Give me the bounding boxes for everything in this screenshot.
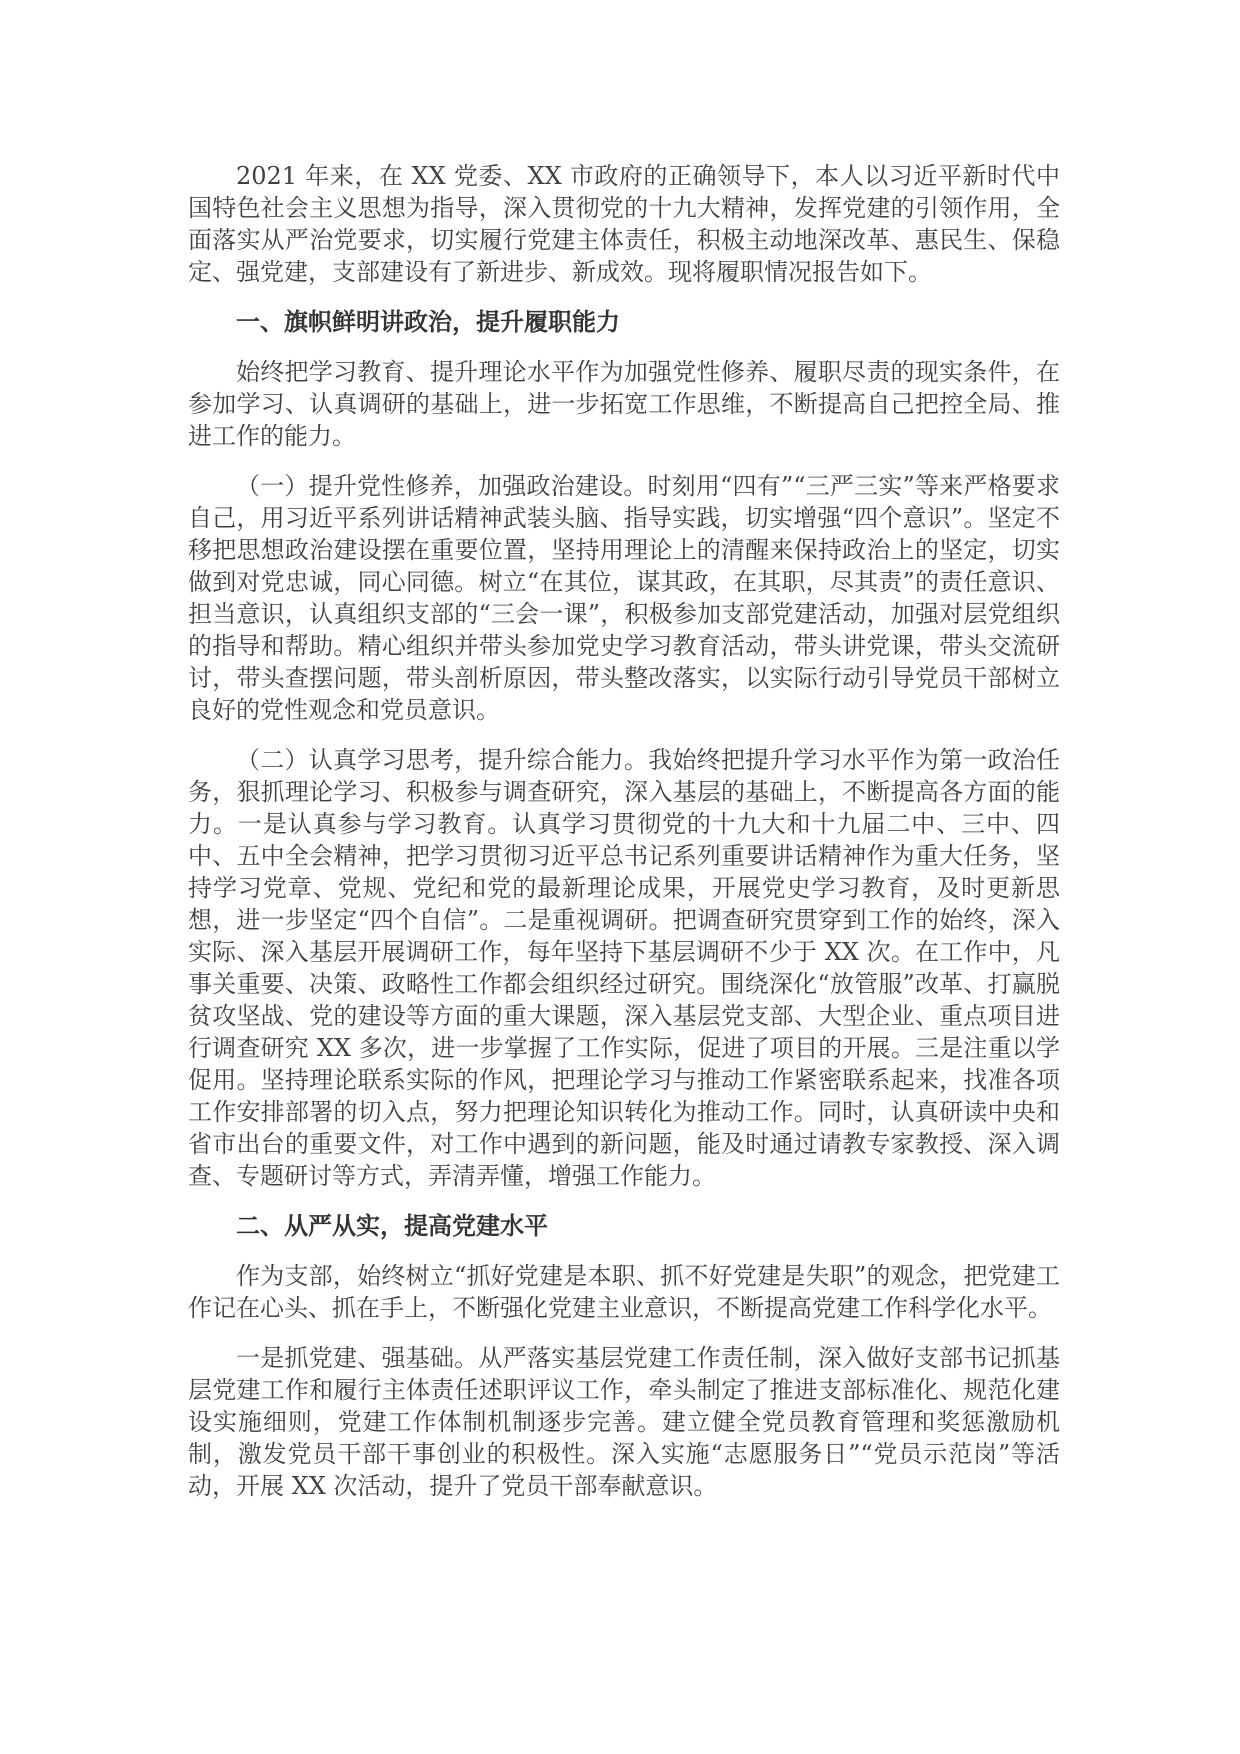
document-body: 2021 年来，在 XX 党委、XX 市政府的正确领导下，本人以习近平新时代中国…: [188, 160, 1060, 1502]
paragraph-section2-lead: 作为支部，始终树立“抓好党建是本职、抓不好党建是失职”的观念，把党建工作记在心头…: [188, 1260, 1060, 1324]
paragraph-section2-item1: 一是抓党建、强基础。从严落实基层党建工作责任制，深入做好支部书记抓基层党建工作和…: [188, 1342, 1060, 1502]
paragraph-section1-item2: （二）认真学习思考，提升综合能力。我始终把提升学习水平作为第一政治任务，狠抓理论…: [188, 744, 1060, 1192]
paragraph-section1-lead: 始终把学习教育、提升理论水平作为加强党性修养、履职尽责的现实条件，在参加学习、认…: [188, 356, 1060, 452]
paragraph-intro: 2021 年来，在 XX 党委、XX 市政府的正确领导下，本人以习近平新时代中国…: [188, 160, 1060, 288]
document-page: 2021 年来，在 XX 党委、XX 市政府的正确领导下，本人以习近平新时代中国…: [0, 0, 1240, 1754]
heading-section-2: 二、从严从实，提高党建水平: [188, 1210, 1060, 1242]
paragraph-section1-item1: （一）提升党性修养，加强政治建设。时刻用“四有”“三严三实”等来严格要求自己，用…: [188, 470, 1060, 726]
heading-section-1: 一、旗帜鲜明讲政治，提升履职能力: [188, 306, 1060, 338]
